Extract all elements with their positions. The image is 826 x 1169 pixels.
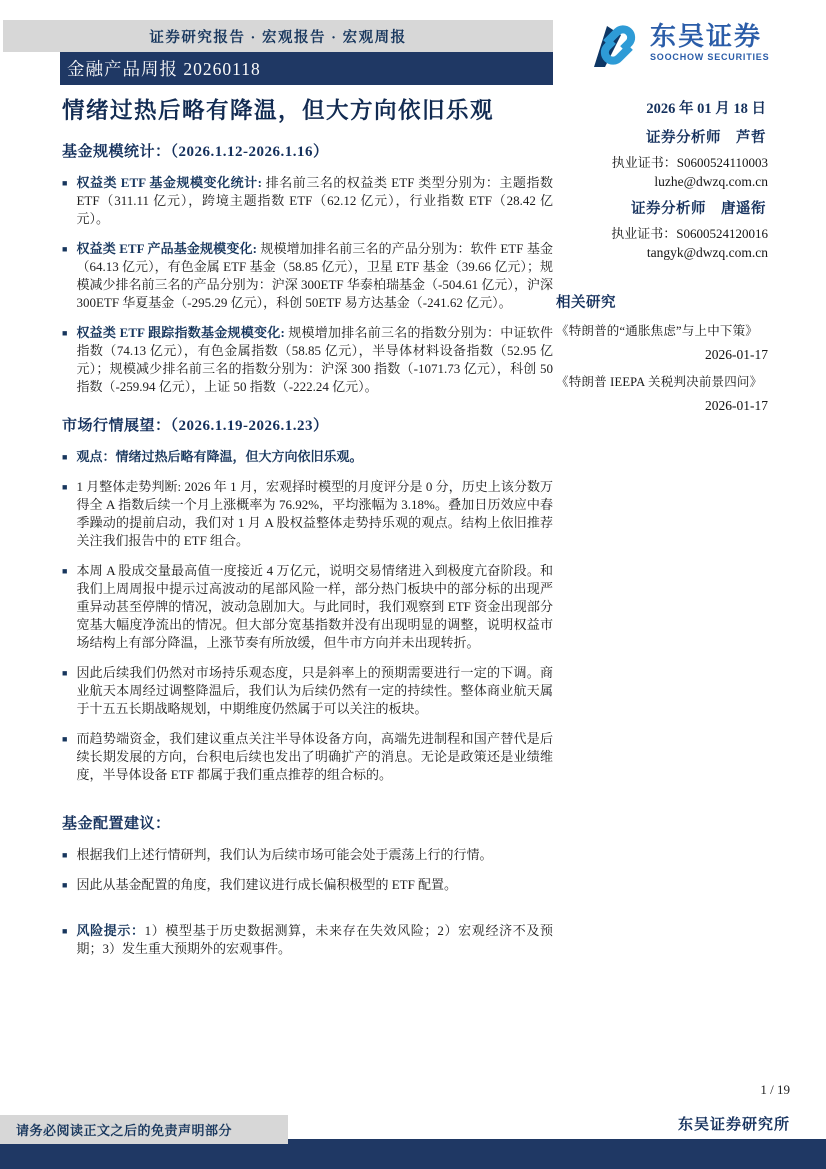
bullet-text: 观点：情绪过热后略有降温，但大方向依旧乐观。 <box>76 448 553 466</box>
report-page: 证券研究报告 · 宏观报告 · 宏观周报 金融产品周报 20260118 情绪过… <box>0 0 826 1169</box>
risk-warning: 风险提示：1）模型基于历史数据测算，未来存在失效风险；2）宏观经济不及预期；3）… <box>62 922 553 958</box>
bullet-text: 根据我们上述行情研判，我们认为后续市场可能会处于震荡上行的行情。 <box>76 846 553 864</box>
analyst-role-name: 证券分析师 唐遥衔 <box>556 197 796 218</box>
bullet-body: 根据我们上述行情研判，我们认为后续市场可能会处于震荡上行的行情。 <box>76 847 492 862</box>
bullet-lead: 权益类 ETF 产品基金规模变化: <box>76 241 260 256</box>
bullet-square-icon <box>62 448 67 466</box>
related-research-item: 《特朗普 IEEPA 关税判决前景四问》 <box>556 372 796 390</box>
analyst-role-name: 证券分析师 芦哲 <box>556 126 796 147</box>
bullet-item: 权益类 ETF 跟踪指数基金规模变化: 规模增加排名前三名的指数分别为：中证软件… <box>62 324 553 396</box>
risk-warning-lead: 风险提示： <box>76 923 144 938</box>
bullet-square-icon <box>62 478 67 550</box>
disclaimer-box: 请务必阅读正文之后的免责声明部分 <box>0 1115 288 1144</box>
report-date: 2026 年 01 月 18 日 <box>556 97 796 118</box>
analyst-list: 证券分析师 芦哲 执业证书：S0600524110003 luzhe@dwzq.… <box>556 126 796 261</box>
bullet-text: 权益类 ETF 产品基金规模变化: 规模增加排名前三名的产品分别为：软件 ETF… <box>76 240 553 312</box>
bullet-item: 权益类 ETF 基金规模变化统计: 排名前三名的权益类 ETF 类型分别为：主题… <box>62 174 553 228</box>
bullet-lead: 权益类 ETF 基金规模变化统计: <box>76 175 265 190</box>
related-research: 相关研究 《特朗普的“通胀焦虑”与上中下策》 2026-01-17 《特朗普 I… <box>556 291 796 414</box>
bullet-item: 因此从基金配置的角度，我们建议进行成长偏积极型的 ETF 配置。 <box>62 876 553 894</box>
bullet-square-icon <box>62 324 67 396</box>
bullet-body: 因此后续我们仍然对市场持乐观态度，只是斜率上的预期需要进行一定的下调。商业航天本… <box>76 665 553 716</box>
bullet-item: 1 月整体走势判断: 2026 年 1 月，宏观择时模型的月度评分是 0 分，历… <box>62 478 553 550</box>
bullet-text: 本周 A 股成交量最高值一度接近 4 万亿元，说明交易情绪进入到极度亢奋阶段。和… <box>76 562 553 652</box>
bullet-body: 而趋势端资金，我们建议重点关注半导体设备方向，高端先进制程和国产替代是后续长期发… <box>76 731 553 782</box>
bullet-square-icon <box>62 174 67 228</box>
main-content: 基金规模统计：（2026.1.12-2026.1.16） 权益类 ETF 基金规… <box>62 140 553 970</box>
bullet-item: 根据我们上述行情研判，我们认为后续市场可能会处于震荡上行的行情。 <box>62 846 553 864</box>
related-research-date: 2026-01-17 <box>556 347 796 363</box>
bullet-item: 观点：情绪过热后略有降温，但大方向依旧乐观。 <box>62 448 553 466</box>
bullet-text: 因此从基金配置的角度，我们建议进行成长偏积极型的 ETF 配置。 <box>76 876 553 894</box>
bullet-square-icon <box>62 846 67 864</box>
page-title: 情绪过热后略有降温，但大方向依旧乐观 <box>62 93 562 125</box>
bullet-body: 1 月整体走势判断: 2026 年 1 月，宏观择时模型的月度评分是 0 分，历… <box>76 479 553 548</box>
brand-name-cn: 东吴证券 <box>650 22 769 52</box>
report-category-text: 证券研究报告 · 宏观报告 · 宏观周报 <box>149 26 406 47</box>
brand-text-block: 东吴证券 SOOCHOW SECURITIES <box>650 22 769 62</box>
bullet-item: 本周 A 股成交量最高值一度接近 4 万亿元，说明交易情绪进入到极度亢奋阶段。和… <box>62 562 553 652</box>
section-title-market-outlook: 市场行情展望：（2026.1.19-2026.1.23） <box>62 414 553 435</box>
bullet-text: 1 月整体走势判断: 2026 年 1 月，宏观择时模型的月度评分是 0 分，历… <box>76 478 553 550</box>
analyst-cert: 执业证书：S0600524120016 <box>556 223 796 242</box>
bullet-square-icon <box>62 876 67 894</box>
bullet-text: 而趋势端资金，我们建议重点关注半导体设备方向，高端先进制程和国产替代是后续长期发… <box>76 730 553 784</box>
bullet-lead: 权益类 ETF 跟踪指数基金规模变化: <box>76 325 288 340</box>
bullet-lead: 观点：情绪过热后略有降温，但大方向依旧乐观。 <box>76 449 362 464</box>
bullet-square-icon <box>62 664 67 718</box>
related-research-item: 《特朗普的“通胀焦虑”与上中下策》 <box>556 321 796 339</box>
bullet-text: 因此后续我们仍然对市场持乐观态度，只是斜率上的预期需要进行一定的下调。商业航天本… <box>76 664 553 718</box>
report-series-banner: 金融产品周报 20260118 <box>60 52 553 85</box>
analyst-email: luzhe@dwzq.com.cn <box>556 174 796 190</box>
bullet-item: 而趋势端资金，我们建议重点关注半导体设备方向，高端先进制程和国产替代是后续长期发… <box>62 730 553 784</box>
bullet-text: 权益类 ETF 基金规模变化统计: 排名前三名的权益类 ETF 类型分别为：主题… <box>76 174 553 228</box>
analyst-cert: 执业证书：S0600524110003 <box>556 152 796 171</box>
research-institute-label: 东吴证券研究所 <box>678 1113 790 1134</box>
brand-logo: 东吴证券 SOOCHOW SECURITIES <box>593 22 796 74</box>
related-research-date: 2026-01-17 <box>556 398 796 414</box>
bullet-square-icon <box>62 562 67 652</box>
soochow-logo-icon <box>593 22 643 74</box>
section-title-fund-allocation: 基金配置建议： <box>62 812 553 833</box>
brand-name-en: SOOCHOW SECURITIES <box>650 52 769 62</box>
risk-warning-body: 1）模型基于历史数据测算，未来存在失效风险；2）宏观经济不及预期；3）发生重大预… <box>76 923 553 956</box>
analyst-email: tangyk@dwzq.com.cn <box>556 245 796 261</box>
section-title-fund-scale: 基金规模统计：（2026.1.12-2026.1.16） <box>62 140 553 161</box>
bullet-body: 因此从基金配置的角度，我们建议进行成长偏积极型的 ETF 配置。 <box>76 877 457 892</box>
bullet-square-icon <box>62 240 67 312</box>
related-research-heading: 相关研究 <box>556 291 796 312</box>
bullet-square-icon <box>62 730 67 784</box>
bullet-body: 本周 A 股成交量最高值一度接近 4 万亿元，说明交易情绪进入到极度亢奋阶段。和… <box>76 563 553 650</box>
risk-warning-text: 风险提示：1）模型基于历史数据测算，未来存在失效风险；2）宏观经济不及预期；3）… <box>76 922 553 958</box>
report-category-bar: 证券研究报告 · 宏观报告 · 宏观周报 <box>3 20 553 52</box>
disclaimer-text: 请务必阅读正文之后的免责声明部分 <box>16 1120 232 1139</box>
report-series-text: 金融产品周报 20260118 <box>67 56 261 81</box>
page-number: 1 / 19 <box>760 1082 790 1098</box>
bullet-item: 因此后续我们仍然对市场持乐观态度，只是斜率上的预期需要进行一定的下调。商业航天本… <box>62 664 553 718</box>
bullet-square-icon <box>62 922 67 958</box>
bullet-text: 权益类 ETF 跟踪指数基金规模变化: 规模增加排名前三名的指数分别为：中证软件… <box>76 324 553 396</box>
sidebar-right: 东吴证券 SOOCHOW SECURITIES 2026 年 01 月 18 日… <box>556 22 796 414</box>
bullet-item: 权益类 ETF 产品基金规模变化: 规模增加排名前三名的产品分别为：软件 ETF… <box>62 240 553 312</box>
